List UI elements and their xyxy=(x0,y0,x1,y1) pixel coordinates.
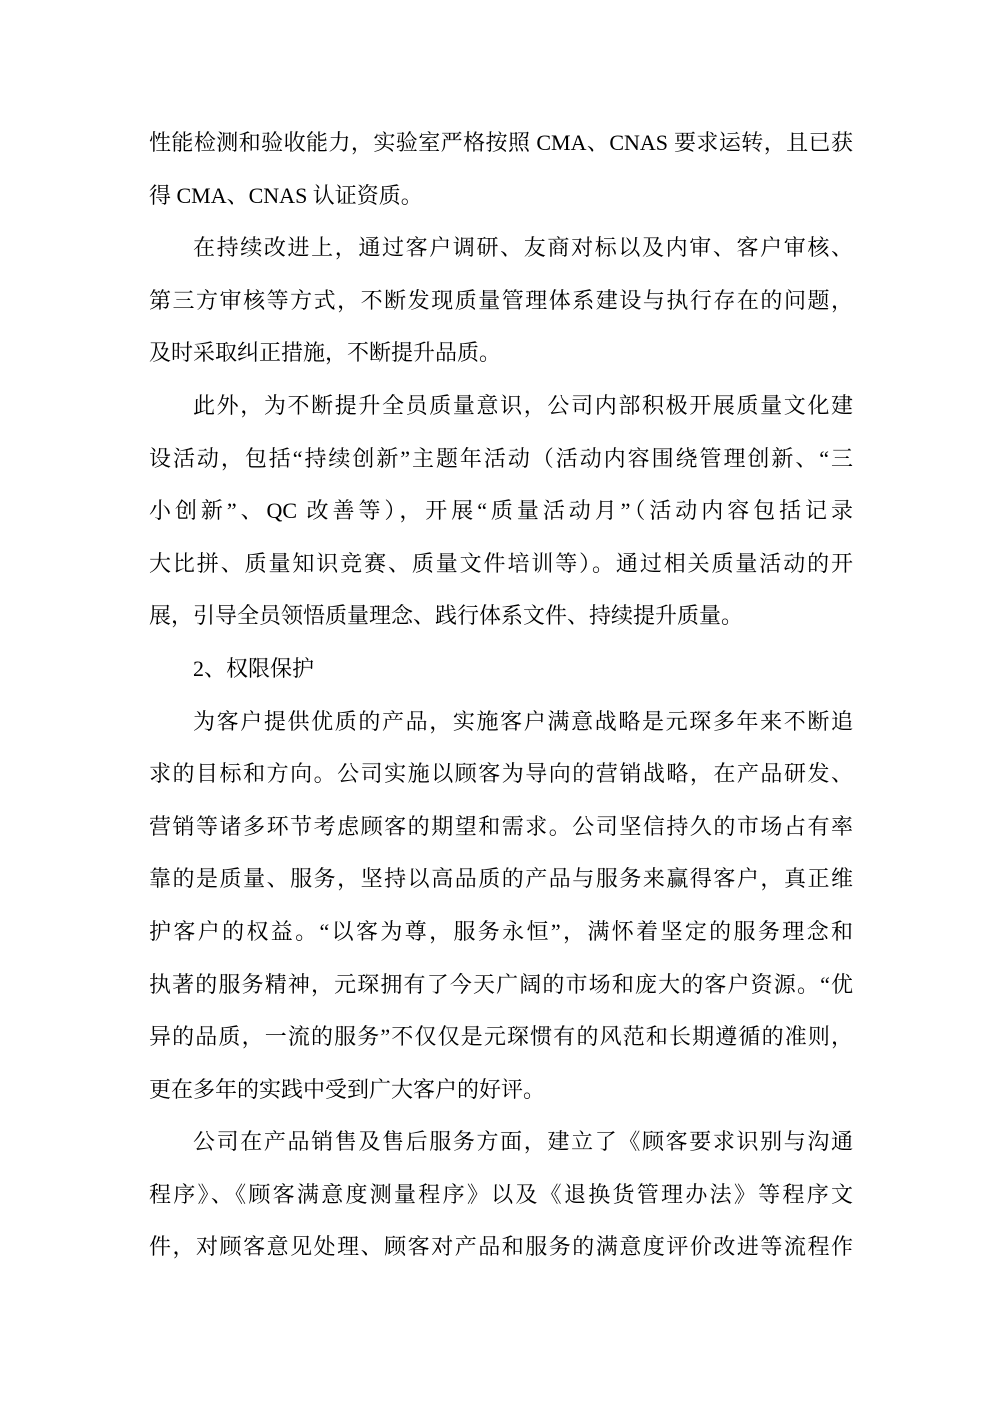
text-line: 小创新”、QC 改善等），开展“质量活动月”（活动内容包括记录 xyxy=(149,485,853,538)
text-line: 及时采取纠正措施，不断提升品质。 xyxy=(149,327,853,380)
text-line: 更在多年的实践中受到广大客户的好评。 xyxy=(149,1064,853,1117)
text-line: 公司在产品销售及售后服务方面，建立了《顾客要求识别与沟通 xyxy=(149,1116,853,1169)
text-line: 大比拼、质量知识竞赛、质量文件培训等）。通过相关质量活动的开 xyxy=(149,538,853,591)
text-line: 此外，为不断提升全员质量意识，公司内部积极开展质量文化建 xyxy=(149,380,853,433)
text-line: 营销等诸多环节考虑顾客的期望和需求。公司坚信持久的市场占有率 xyxy=(149,801,853,854)
text-line: 得 CMA、CNAS 认证资质。 xyxy=(149,170,853,223)
section-heading: 2、权限保护 xyxy=(149,643,853,696)
text-line: 在持续改进上，通过客户调研、友商对标以及内审、客户审核、 xyxy=(149,222,853,275)
text-line: 设活动，包括“持续创新”主题年活动（活动内容围绕管理创新、“三 xyxy=(149,433,853,486)
text-line: 护客户的权益。“以客为尊，服务永恒”，满怀着坚定的服务理念和 xyxy=(149,906,853,959)
document-body: 性能检测和验收能力，实验室严格按照 CMA、CNAS 要求运转，且已获得 CMA… xyxy=(149,117,853,1274)
text-line: 为客户提供优质的产品，实施客户满意战略是元琛多年来不断追 xyxy=(149,696,853,749)
text-line: 程序》、《顾客满意度测量程序》以及《退换货管理办法》等程序文 xyxy=(149,1169,853,1222)
text-line: 第三方审核等方式，不断发现质量管理体系建设与执行存在的问题， xyxy=(149,275,853,328)
text-line: 展，引导全员领悟质量理念、践行体系文件、持续提升质量。 xyxy=(149,590,853,643)
text-line: 求的目标和方向。公司实施以顾客为导向的营销战略，在产品研发、 xyxy=(149,748,853,801)
text-line: 靠的是质量、服务，坚持以高品质的产品与服务来赢得客户，真正维 xyxy=(149,853,853,906)
text-line: 异的品质，一流的服务”不仅仅是元琛惯有的风范和长期遵循的准则， xyxy=(149,1011,853,1064)
document-page: 性能检测和验收能力，实验室严格按照 CMA、CNAS 要求运转，且已获得 CMA… xyxy=(0,0,1000,1415)
text-line: 性能检测和验收能力，实验室严格按照 CMA、CNAS 要求运转，且已获 xyxy=(149,117,853,170)
text-line: 执著的服务精神，元琛拥有了今天广阔的市场和庞大的客户资源。“优 xyxy=(149,959,853,1012)
text-line: 件，对顾客意见处理、顾客对产品和服务的满意度评价改进等流程作 xyxy=(149,1221,853,1274)
